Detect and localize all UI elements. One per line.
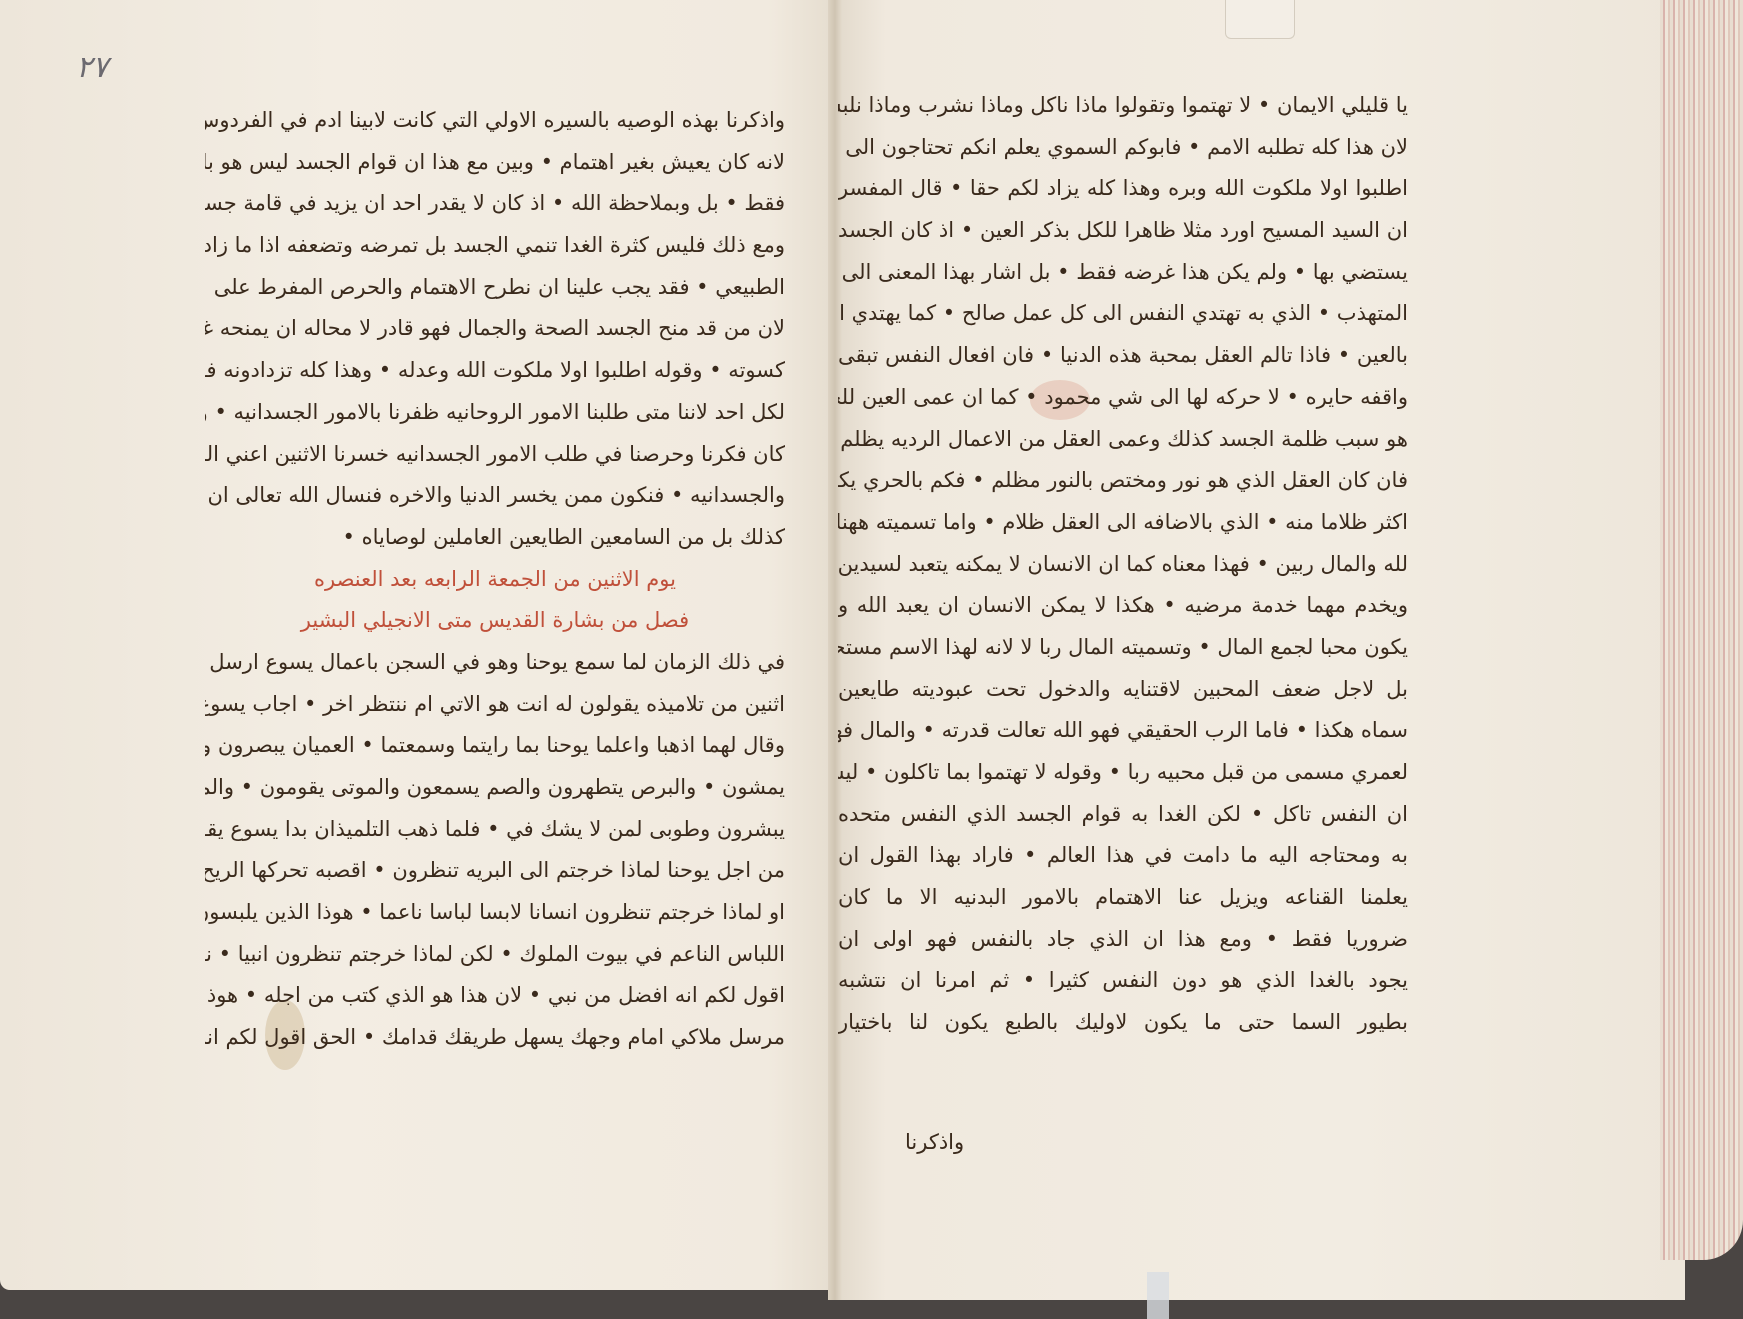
rubric-heading: فصل من بشارة القديس متى الانجيلي البشير [205,600,785,642]
text-line: كسوته • وقوله اطلبوا اولا ملكوت الله وعد… [205,350,785,392]
text-line: فقط • بل وبملاحظة الله • اذ كان لا يقدر … [205,183,785,225]
text-line: لله والمال ربين • فهذا معناه كما ان الان… [838,544,1408,586]
text-line: اللباس الناعم في بيوت الملوك • لكن لماذا… [205,934,785,976]
text-line: سماه هكذا • فاما الرب الحقيقي فهو الله ت… [838,710,1408,752]
text-line: اقول لكم انه افضل من نبي • لان هذا هو ال… [205,975,785,1017]
text-line: المتهذب • الذي به تهتدي النفس الى كل عمل… [838,293,1408,335]
text-line: ان النفس تاكل • لكن الغدا به قوام الجسد … [838,794,1408,836]
fore-edge-page-stack [1660,0,1743,1260]
text-line: لعمري مسمى من قبل محبيه ربا • وقوله لا ت… [838,752,1408,794]
text-line: ان السيد المسيح اورد مثلا ظاهرا للكل بذك… [838,210,1408,252]
text-line: يجود بالغدا الذي هو دون النفس كثيرا • ثم… [838,960,1408,1002]
text-line: من اجل يوحنا لماذا خرجتم الى البريه تنظر… [205,850,785,892]
text-line: يعلمنا القناعه ويزيل عنا الاهتمام بالامو… [838,877,1408,919]
paper-tab [1225,0,1295,39]
text-line: يبشرون وطوبى لمن لا يشك في • فلما ذهب ال… [205,809,785,851]
text-line: كذلك بل من السامعين الطايعين العاملين لو… [205,517,785,559]
catchword: واذكرنا [905,1130,964,1154]
manuscript-spread: ٢٧ واذكرنا بهذه الوصيه بالسيره الاولي ال… [0,0,1743,1319]
text-line: به ومحتاجه اليه ما دامت في هذا العالم • … [838,835,1408,877]
text-line: ضروريا فقط • ومع هذا ان الذي جاد بالنفس … [838,919,1408,961]
text-line: هو سبب ظلمة الجسد كذلك وعمى العقل من الا… [838,419,1408,461]
right-page-text: يا قليلي الايمان • لا تهتموا وتقولوا ماذ… [838,85,1408,1044]
text-line: لانه كان يعيش بغير اهتمام • وبين مع هذا … [205,142,785,184]
text-line: يكون محبا لجمع المال • وتسميته المال ربا… [838,627,1408,669]
text-line: لان هذا كله تطلبه الامم • فابوكم السموي … [838,127,1408,169]
text-line: بطيور السما حتى ما يكون لاوليك بالطبع يك… [838,1002,1408,1044]
text-line: يمشون • والبرص يتطهرون والصم يسمعون والم… [205,767,785,809]
text-line: والجسدانيه • فنكون ممن يخسر الدنيا والاخ… [205,475,785,517]
folio-number: ٢٧ [76,50,108,85]
text-line: اثنين من تلاميذه يقولون له انت هو الاتي … [205,684,785,726]
text-line: اكثر ظلاما منه • الذي بالاضافه الى العقل… [838,502,1408,544]
text-line: في ذلك الزمان لما سمع يوحنا وهو في السجن… [205,642,785,684]
text-line: يستضي بها • ولم يكن هذا غرضه فقط • بل اش… [838,252,1408,294]
text-line: لكل احد لاننا متى طلبنا الامور الروحانيه… [205,392,785,434]
text-line: بل لاجل ضعف المحبين لاقتنايه والدخول تحت… [838,669,1408,711]
rubric-heading: يوم الاثنين من الجمعة الرابعه بعد العنصر… [205,559,785,601]
text-line: لان من قد منح الجسد الصحة والجمال فهو قا… [205,308,785,350]
text-line: او لماذا خرجتم تنظرون انسانا لابسا لباسا… [205,892,785,934]
text-line: فان كان العقل الذي هو نور ومختص بالنور م… [838,460,1408,502]
left-page-text: واذكرنا بهذه الوصيه بالسيره الاولي التي … [205,100,785,1059]
text-line: واذكرنا بهذه الوصيه بالسيره الاولي التي … [205,100,785,142]
holding-clip [1147,1272,1169,1319]
text-line: ويخدم مهما خدمة مرضيه • هكذا لا يمكن الا… [838,585,1408,627]
text-line: مرسل ملاكي امام وجهك يسهل طريقك قدامك • … [205,1017,785,1059]
text-line: بالعين • فاذا تالم العقل بمحبة هذه الدني… [838,335,1408,377]
text-line: الطبيعي • فقد يجب علينا ان نطرح الاهتمام… [205,267,785,309]
text-line: يا قليلي الايمان • لا تهتموا وتقولوا ماذ… [838,85,1408,127]
text-line: وقال لهما اذهبا واعلما يوحنا بما رايتما … [205,725,785,767]
text-line: ومع ذلك فليس كثرة الغدا تنمي الجسد بل تم… [205,225,785,267]
text-line: واقفه حايره • لا حركه لها الى شي محمود •… [838,377,1408,419]
text-line: كان فكرنا وحرصنا في طلب الامور الجسدانيه… [205,434,785,476]
text-line: اطلبوا اولا ملكوت الله وبره وهذا كله يزا… [838,168,1408,210]
